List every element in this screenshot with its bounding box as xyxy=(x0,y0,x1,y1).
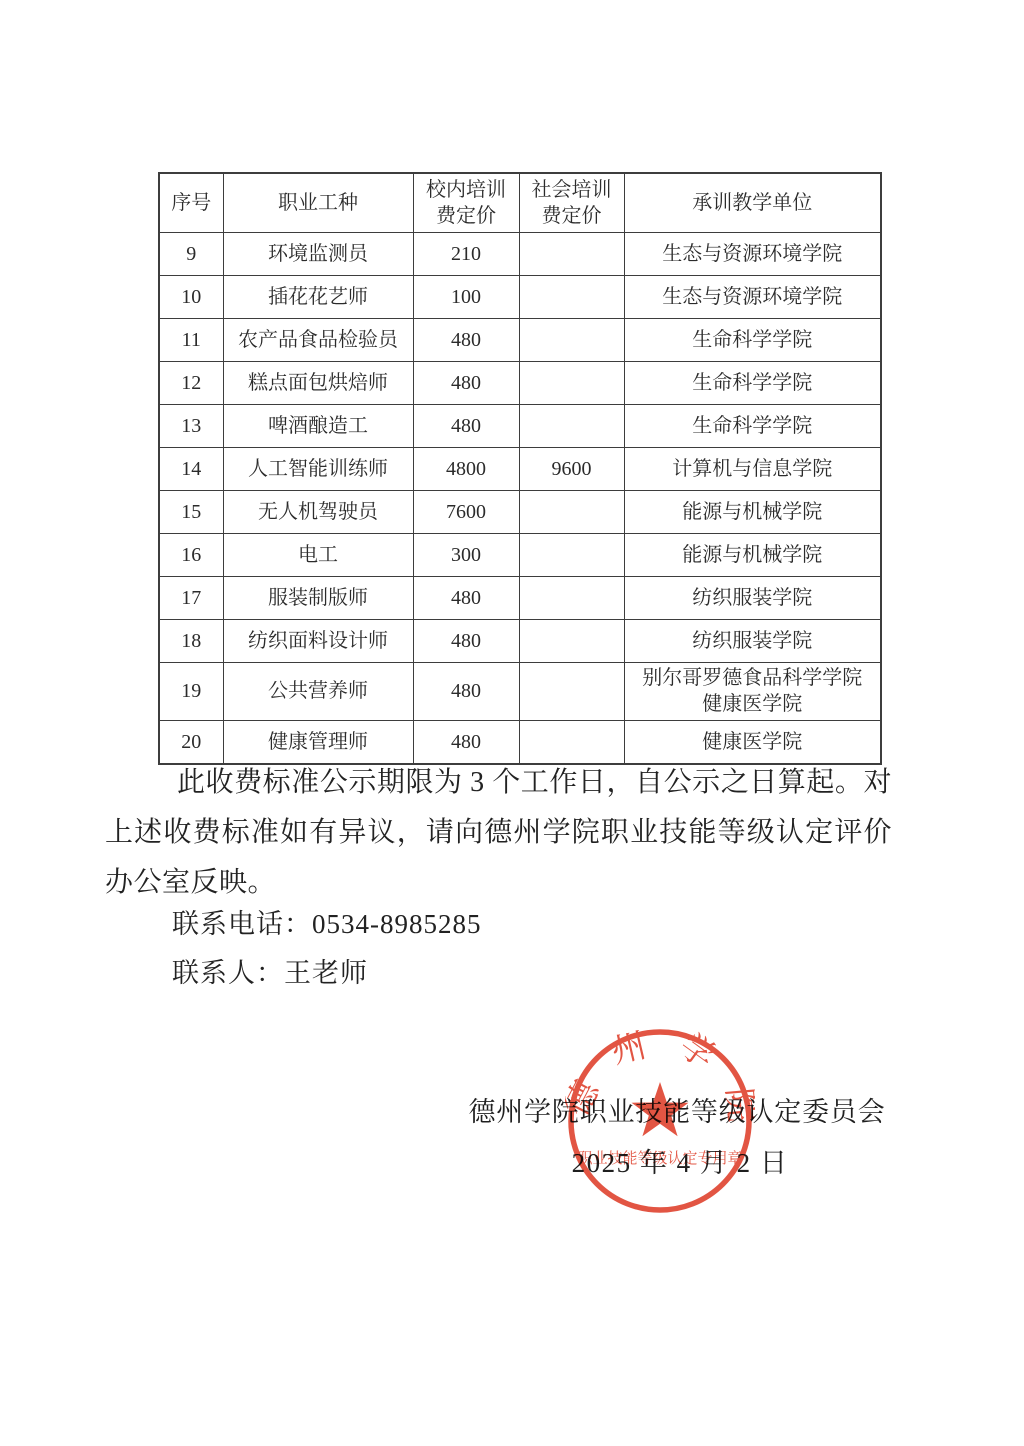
cell-no: 16 xyxy=(159,534,223,577)
table-row: 19 公共营养师 480 别尔哥罗德食品科学学院 健康医学院 xyxy=(159,663,881,721)
header-social-fee: 社会培训 费定价 xyxy=(519,173,624,233)
cell-social-fee xyxy=(519,577,624,620)
cell-campus-fee: 480 xyxy=(413,405,519,448)
document-page: 序号 职业工种 校内培训 费定价 社会培训 费定价 承训教学单位 9 环境监测员… xyxy=(0,0,1024,1446)
table-row: 12 糕点面包烘焙师 480 生命科学学院 xyxy=(159,362,881,405)
table-row: 14 人工智能训练师 4800 9600 计算机与信息学院 xyxy=(159,448,881,491)
cell-unit: 生态与资源环境学院 xyxy=(624,276,881,319)
cell-social-fee xyxy=(519,405,624,448)
stamp-bottom-text: 职业技能等级认定专用章 xyxy=(577,1149,742,1167)
cell-no: 18 xyxy=(159,620,223,663)
cell-no: 14 xyxy=(159,448,223,491)
cell-no: 17 xyxy=(159,577,223,620)
cell-job: 电工 xyxy=(223,534,413,577)
cell-social-fee: 9600 xyxy=(519,448,624,491)
cell-campus-fee: 480 xyxy=(413,577,519,620)
cell-job: 环境监测员 xyxy=(223,233,413,276)
cell-no: 15 xyxy=(159,491,223,534)
cell-campus-fee: 7600 xyxy=(413,491,519,534)
cell-social-fee xyxy=(519,276,624,319)
cell-social-fee xyxy=(519,233,624,276)
cell-campus-fee: 210 xyxy=(413,233,519,276)
cell-campus-fee: 300 xyxy=(413,534,519,577)
official-stamp-icon: 德州学院 职业技能等级认定专用章 xyxy=(565,1026,755,1216)
cell-social-fee xyxy=(519,491,624,534)
cell-unit: 能源与机械学院 xyxy=(624,534,881,577)
contact-block: 联系电话：0534-8985285 联系人：王老师 xyxy=(172,900,482,998)
header-no: 序号 xyxy=(159,173,223,233)
table-row: 16 电工 300 能源与机械学院 xyxy=(159,534,881,577)
table-row: 11 农产品食品检验员 480 生命科学学院 xyxy=(159,319,881,362)
cell-unit: 生命科学学院 xyxy=(624,319,881,362)
notice-paragraph: 此收费标准公示期限为 3 个工作日，自公示之日算起。对上述收费标准如有异议，请向… xyxy=(105,758,892,908)
cell-no: 9 xyxy=(159,233,223,276)
cell-job: 无人机驾驶员 xyxy=(223,491,413,534)
cell-unit: 能源与机械学院 xyxy=(624,491,881,534)
table-row: 10 插花花艺师 100 生态与资源环境学院 xyxy=(159,276,881,319)
cell-no: 10 xyxy=(159,276,223,319)
cell-job: 纺织面料设计师 xyxy=(223,620,413,663)
cell-job: 插花花艺师 xyxy=(223,276,413,319)
contact-phone: 联系电话：0534-8985285 xyxy=(172,900,482,949)
cell-unit: 生命科学学院 xyxy=(624,362,881,405)
cell-unit: 纺织服装学院 xyxy=(624,620,881,663)
table-row: 13 啤酒酿造工 480 生命科学学院 xyxy=(159,405,881,448)
cell-job: 农产品食品检验员 xyxy=(223,319,413,362)
stamp-star-icon xyxy=(632,1082,689,1136)
cell-social-fee xyxy=(519,319,624,362)
cell-job: 人工智能训练师 xyxy=(223,448,413,491)
cell-social-fee xyxy=(519,362,624,405)
cell-unit: 计算机与信息学院 xyxy=(624,448,881,491)
fee-table: 序号 职业工种 校内培训 费定价 社会培训 费定价 承训教学单位 9 环境监测员… xyxy=(158,172,882,765)
cell-campus-fee: 480 xyxy=(413,620,519,663)
cell-social-fee xyxy=(519,534,624,577)
cell-unit: 生态与资源环境学院 xyxy=(624,233,881,276)
cell-no: 12 xyxy=(159,362,223,405)
cell-social-fee xyxy=(519,620,624,663)
header-campus-fee: 校内培训 费定价 xyxy=(413,173,519,233)
cell-unit: 纺织服装学院 xyxy=(624,577,881,620)
cell-campus-fee: 480 xyxy=(413,319,519,362)
cell-unit: 别尔哥罗德食品科学学院 健康医学院 xyxy=(624,663,881,721)
cell-no: 11 xyxy=(159,319,223,362)
header-unit: 承训教学单位 xyxy=(624,173,881,233)
cell-campus-fee: 4800 xyxy=(413,448,519,491)
fee-table-body: 9 环境监测员 210 生态与资源环境学院 10 插花花艺师 100 生态与资源… xyxy=(159,233,881,764)
table-row: 15 无人机驾驶员 7600 能源与机械学院 xyxy=(159,491,881,534)
cell-no: 19 xyxy=(159,663,223,721)
table-header-row: 序号 职业工种 校内培训 费定价 社会培训 费定价 承训教学单位 xyxy=(159,173,881,233)
cell-unit: 生命科学学院 xyxy=(624,405,881,448)
cell-campus-fee: 480 xyxy=(413,663,519,721)
table-row: 18 纺织面料设计师 480 纺织服装学院 xyxy=(159,620,881,663)
cell-no: 13 xyxy=(159,405,223,448)
header-job: 职业工种 xyxy=(223,173,413,233)
contact-person: 联系人：王老师 xyxy=(172,949,482,998)
cell-campus-fee: 100 xyxy=(413,276,519,319)
cell-job: 糕点面包烘焙师 xyxy=(223,362,413,405)
table-row: 17 服装制版师 480 纺织服装学院 xyxy=(159,577,881,620)
cell-job: 啤酒酿造工 xyxy=(223,405,413,448)
cell-social-fee xyxy=(519,663,624,721)
cell-campus-fee: 480 xyxy=(413,362,519,405)
cell-job: 服装制版师 xyxy=(223,577,413,620)
table-row: 9 环境监测员 210 生态与资源环境学院 xyxy=(159,233,881,276)
cell-job: 公共营养师 xyxy=(223,663,413,721)
